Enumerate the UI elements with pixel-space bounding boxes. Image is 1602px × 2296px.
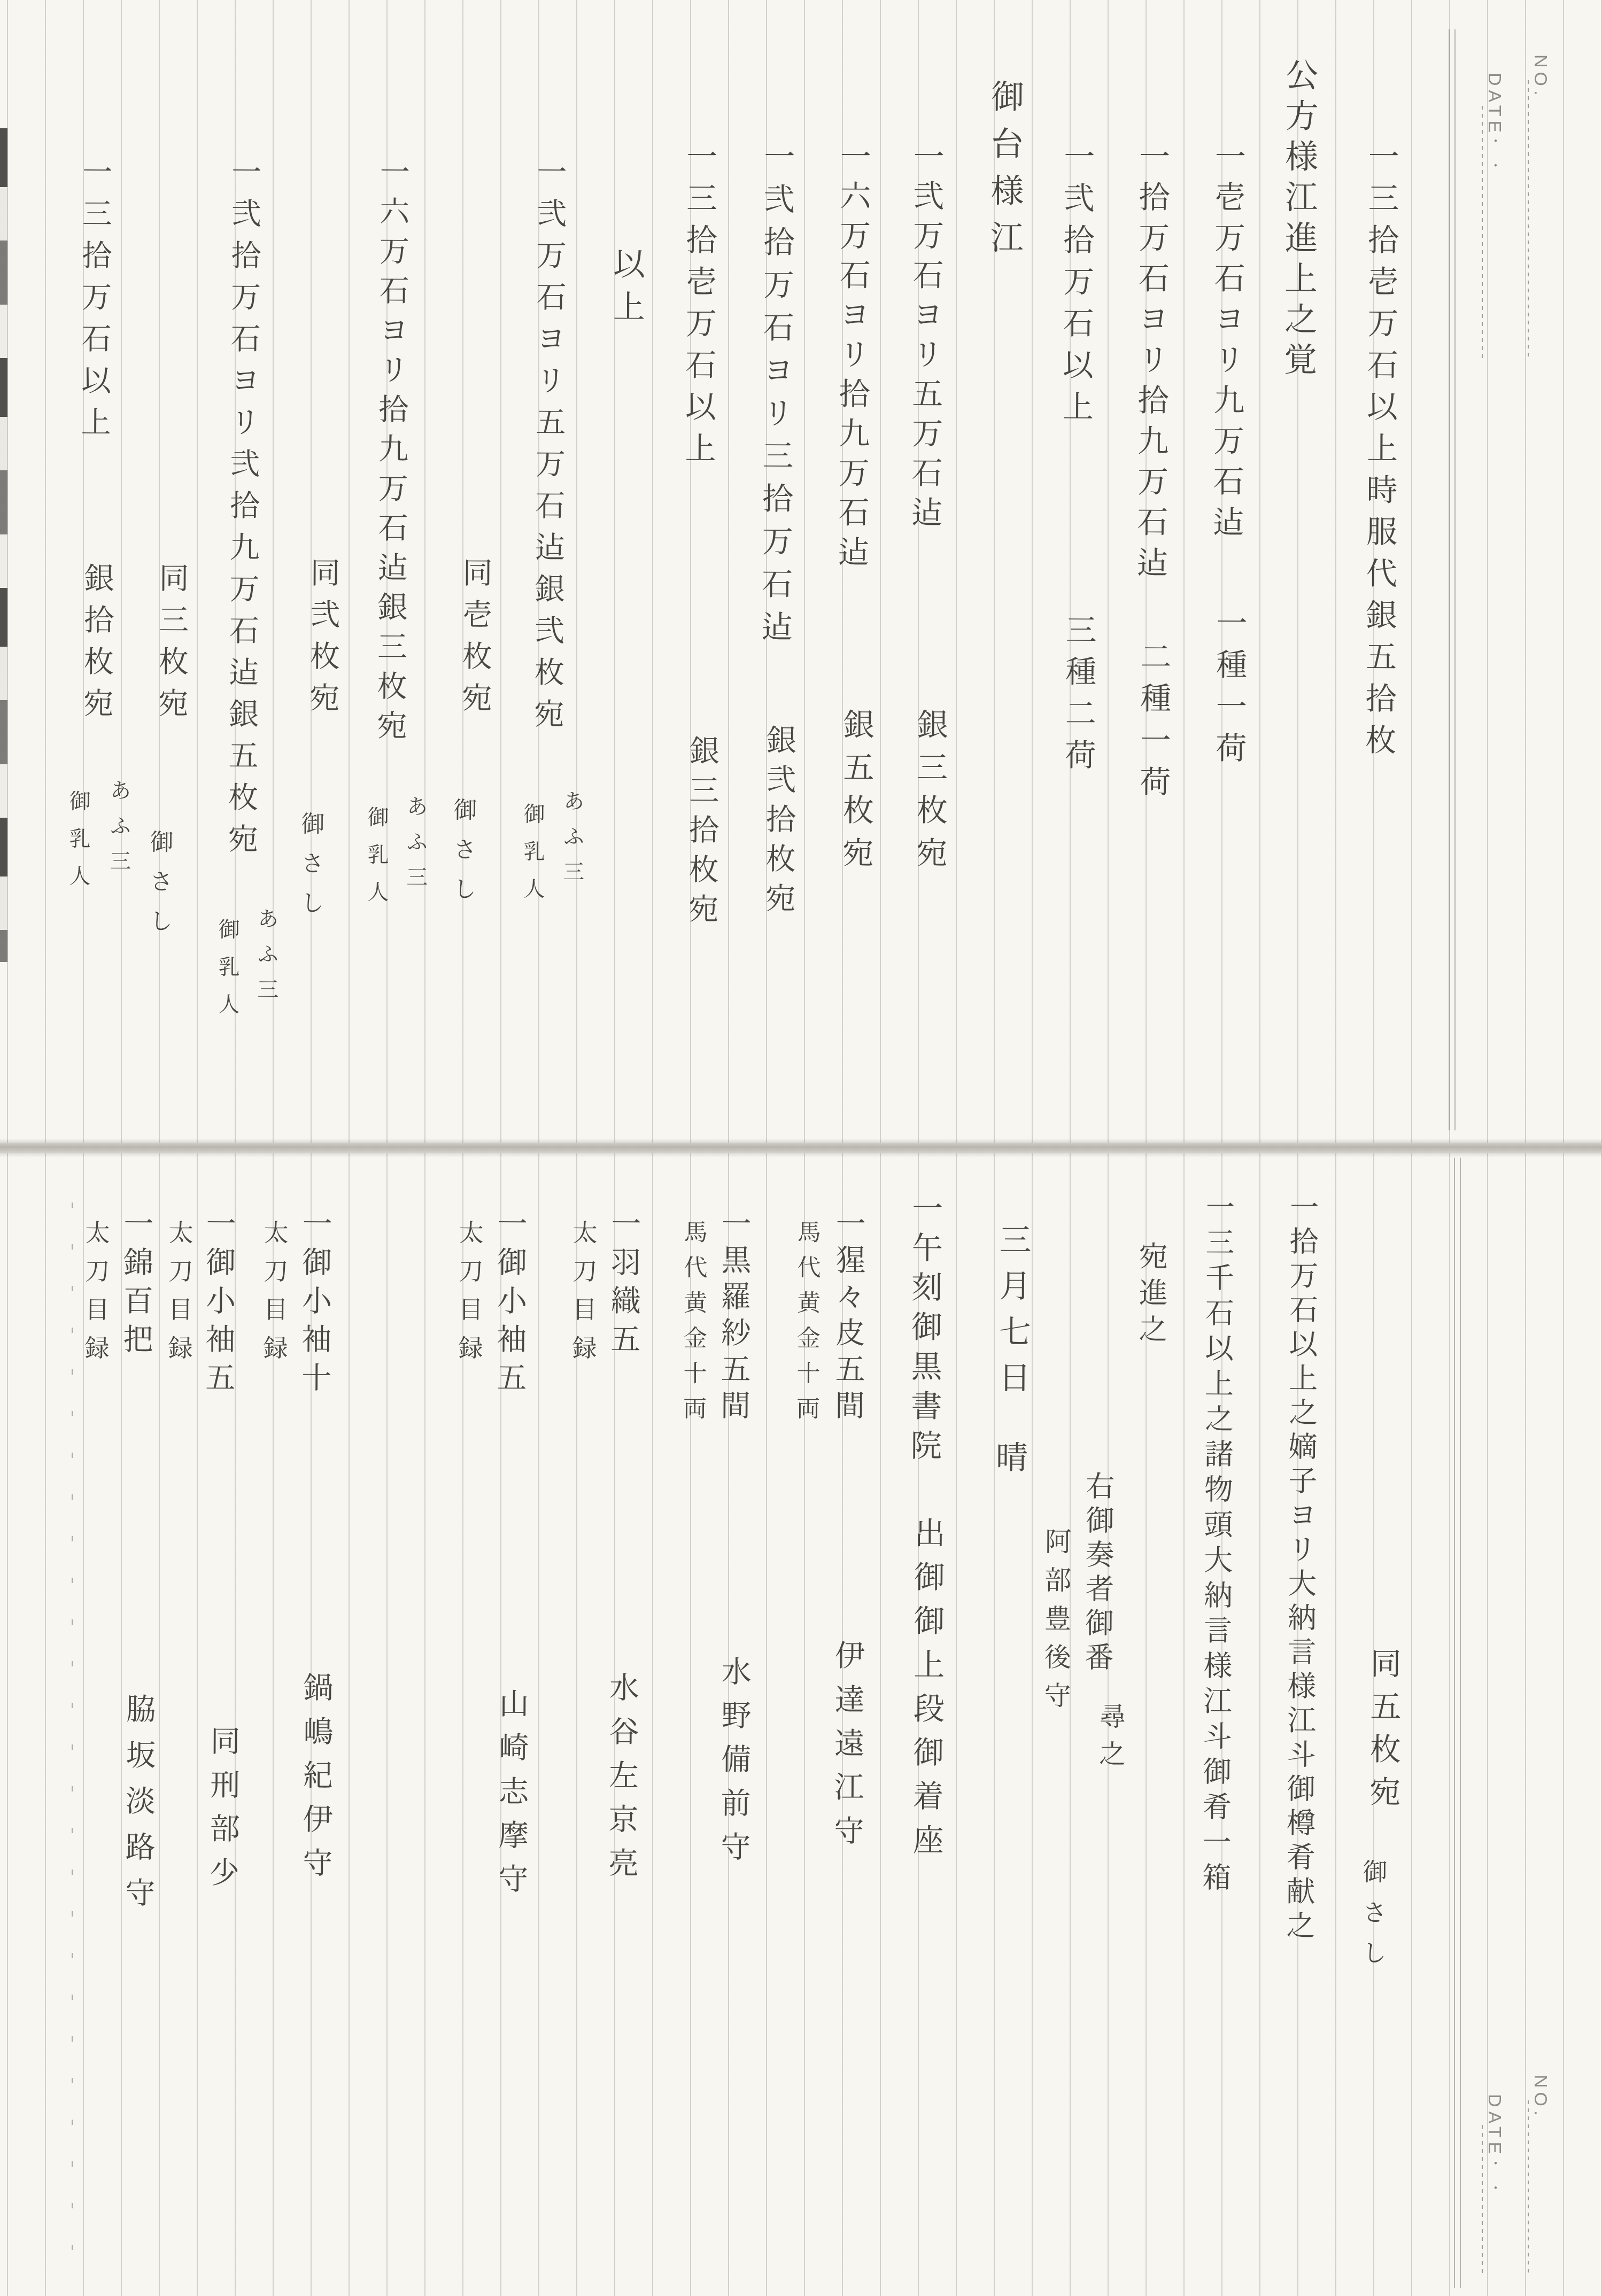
date-separator-dot: ・ [1489, 155, 1502, 174]
handwriting-page1-title: 公方様江進上之覚 [1281, 58, 1315, 383]
date-label: DATE [1484, 73, 1505, 137]
handwriting-page1-line7: 一弐拾万石ヨリ三拾万石迠 [759, 140, 792, 653]
handwriting-page1-line8-amt: 銀三拾枚宛 [686, 735, 717, 933]
handwriting-page2-gift1-sub: 馬代黄金十両 [794, 1220, 818, 1431]
date-separator-dot: ・ [1489, 2153, 1502, 2171]
scanned-notebook: NO. DATE ・ ・ NO. DATE ・ ・ 一三拾壱万石以上時服代銀五拾… [0, 0, 1602, 2296]
handwriting-page2-gift5-sub: 太刀目録 [261, 1220, 287, 1374]
handwriting-page1-line14-note: 御さし [146, 829, 171, 948]
handwriting-page2-gift1-name: 伊達遠江守 [831, 1640, 862, 1859]
handwriting-page1-line12-note: 御さし [298, 811, 322, 930]
handwriting-page1-line9-note2: 御乳人 [521, 803, 543, 915]
handwriting-page1-line7-amt: 銀弐拾枚宛 [763, 724, 794, 922]
handwriting-page1-midai-header: 御台様江 [987, 79, 1021, 267]
handwriting-page2-weather: 晴 [993, 1440, 1025, 1472]
handwriting-page2-gift6-sub: 太刀目録 [166, 1220, 192, 1374]
handwriting-page1-line4-amt: 三種二荷 [1062, 614, 1094, 780]
handwriting-page2-gift6-name: 同刑部少 [207, 1725, 238, 1901]
handwriting-page2-gift6: 一御小袖五 [203, 1208, 234, 1400]
handwriting-page1-line13-note2: 御乳人 [216, 918, 238, 1030]
handwriting-page2-gift2-sub: 馬代黄金十両 [680, 1220, 705, 1431]
handwriting-page2-gift4: 一御小袖五 [494, 1208, 525, 1400]
handwriting-page1-line13-note1: あふ三 [255, 907, 277, 1013]
handwriting-page1-line12: 同弐枚宛 [307, 557, 338, 724]
handwriting-page1-line10-note: 御さし [450, 797, 474, 916]
handwriting-page1-line8: 一三拾壱万石以上 [682, 140, 715, 474]
handwriting-page1-ijou: 以上 [610, 247, 643, 332]
handwriting-page1-line11-note1: あふ三 [404, 795, 426, 901]
handwriting-page1-line6-amt: 銀五枚宛 [840, 708, 872, 879]
handwriting-page1-line5: 一弐万石ヨリ五万石迠 [909, 140, 942, 536]
handwriting-page2-event2: 出御御上段御着座 [910, 1517, 942, 1867]
no-rule-line [1528, 80, 1529, 358]
handwriting-page1-line15-amt: 銀拾枚宛 [81, 562, 112, 729]
handwriting-page2-gift3: 一羽織五 [608, 1208, 639, 1362]
handwriting-page1-line14: 同三枚宛 [156, 562, 187, 729]
handwriting-page2-event1: 一午刻御黒書院 [908, 1192, 941, 1469]
handwriting-page2-sosha-name: 阿部豊後守 [1042, 1527, 1070, 1720]
handwriting-page1-line9-note1: あふ三 [561, 790, 583, 896]
handwriting-page2-gift5-name: 鍋嶋紀伊守 [300, 1672, 331, 1891]
margin-rule-page2 [1454, 1158, 1461, 2288]
handwriting-page1-line4: 一弐拾万石以上 [1060, 140, 1093, 432]
handwriting-page2-line2b: 宛進之 [1136, 1241, 1165, 1350]
handwriting-page2-sosha: 右御奏者御番 [1082, 1471, 1112, 1676]
handwriting-page1-line6: 一六万石ヨリ拾九万石迠 [835, 140, 869, 575]
binding-tick-marks [72, 1203, 73, 2282]
date-rule-line [1482, 2125, 1483, 2277]
page-fold-shadow [0, 1138, 1602, 1158]
handwriting-page2-gift1: 一猩々皮五間 [832, 1208, 863, 1426]
handwriting-page1-line9: 一弐万石ヨリ五万石迠銀弐枚宛 [531, 156, 564, 740]
handwriting-page1-line15-note1: あふ三 [107, 779, 129, 885]
handwriting-page2-gift4-sub: 太刀目録 [456, 1220, 482, 1374]
handwriting-page2-gift7-name: 脇坂淡路守 [122, 1693, 153, 1923]
handwriting-page1-line10: 同壱枚宛 [459, 557, 490, 724]
date-rule-line [1482, 106, 1483, 358]
date-separator-dot: ・ [1489, 2177, 1502, 2196]
handwriting-page2-line1: 一拾万石以上之嫡子ヨリ大納言様江斗御樽肴献之 [1283, 1192, 1316, 1944]
handwriting-page2-gift7-sub: 太刀目録 [83, 1220, 109, 1374]
handwriting-page1-line5-amt: 銀三枚宛 [914, 708, 946, 879]
handwriting-page2-cont: 同五枚宛 [1367, 1647, 1399, 1818]
handwriting-page2-gift4-name: 山崎志摩守 [496, 1688, 527, 1907]
handwriting-page2-line2: 一三千石以上之諸物頭大納言様江斗御肴一箱 [1200, 1192, 1233, 1897]
scan-edge-artifact [0, 128, 7, 962]
handwriting-page2-gift2-name: 水野備前守 [718, 1656, 749, 1875]
handwriting-page1-line15: 一三拾万石以上 [79, 156, 110, 448]
handwriting-page2-gift3-sub: 太刀目録 [570, 1220, 596, 1374]
handwriting-page1-line3-amt: 二種一荷 [1137, 640, 1169, 807]
handwriting-page1-line3: 一拾万石ヨリ拾九万石迠 [1134, 140, 1167, 587]
date-label: DATE [1484, 2094, 1505, 2158]
handwriting-page2-gift2: 一黒羅紗五間 [718, 1208, 749, 1426]
handwriting-page1-line13: 一弐拾万石ヨリ弐拾九万石迠銀五枚宛 [226, 156, 259, 865]
handwriting-page1-line2-amt: 一種一荷 [1213, 607, 1245, 773]
margin-rule-page1 [1449, 29, 1456, 1130]
handwriting-page2-gift3-name: 水谷左京亮 [606, 1672, 637, 1891]
no-label: NO. [1530, 55, 1551, 99]
handwriting-page1-line1: 一三拾壱万石以上時服代銀五拾枚 [1363, 140, 1397, 765]
no-rule-line [1528, 2100, 1529, 2277]
date-separator-dot: ・ [1489, 130, 1502, 149]
handwriting-page2-sosha-act: 尋之 [1097, 1702, 1124, 1777]
handwriting-page1-line15-note2: 御乳人 [67, 790, 89, 902]
handwriting-page2-gift7: 一錦百把 [120, 1208, 151, 1362]
handwriting-page1-line11: 一六万石ヨリ拾九万石迠銀三枚宛 [374, 156, 407, 749]
handwriting-page2-cont-note: 御さし [1360, 1859, 1386, 1981]
handwriting-page2-date: 三月七日 [996, 1223, 1029, 1407]
handwriting-page1-line2: 一壱万石ヨリ九万石迠 [1210, 140, 1243, 546]
no-label: NO. [1530, 2075, 1551, 2120]
handwriting-page2-gift5: 一御小袖十 [299, 1208, 330, 1400]
handwriting-page1-line11-note2: 御乳人 [365, 806, 387, 918]
